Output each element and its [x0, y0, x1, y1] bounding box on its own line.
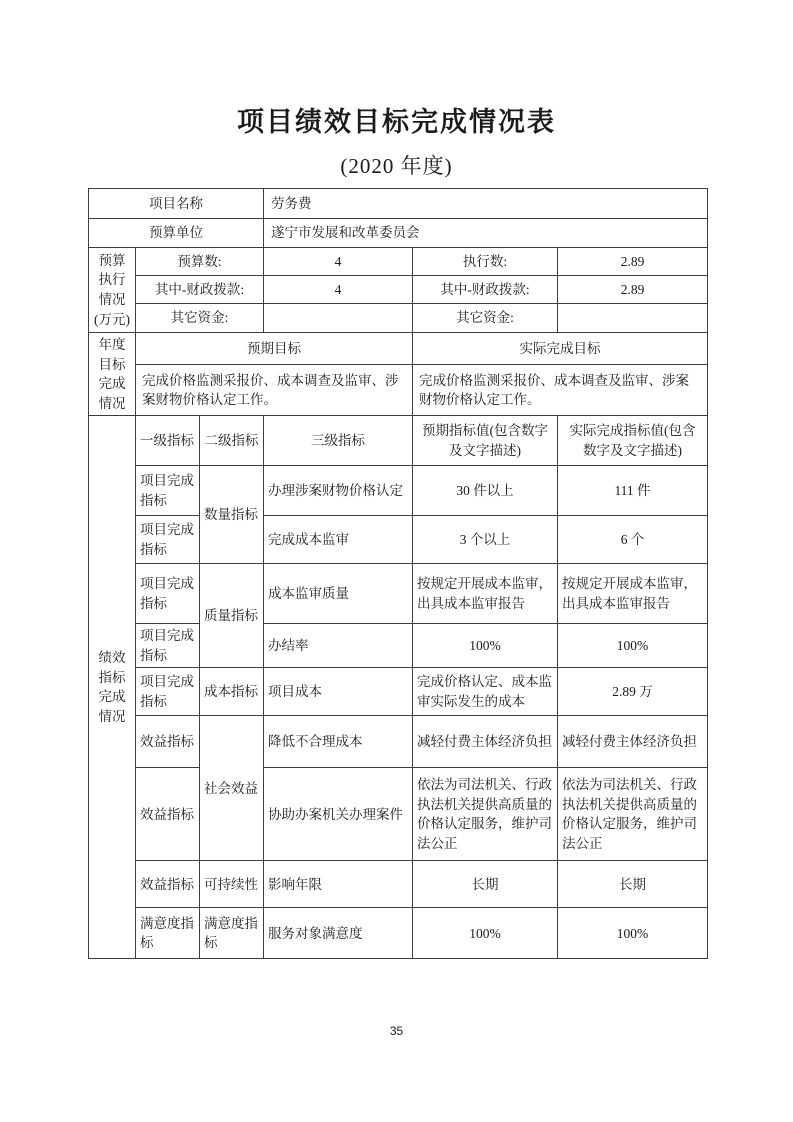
table-row: 效益指标 协助办案机关办理案件 依法为司法机关、行政执法机关提供高质量的价格认定…	[89, 768, 708, 861]
actual-goal-text: 完成价格监测采报价、成本调查及监审、涉案财物价格认定工作。	[413, 365, 708, 416]
perf-level1-cell: 项目完成指标	[136, 516, 200, 564]
budget-number-value: 4	[264, 248, 413, 276]
other-funds-value-left	[264, 304, 413, 333]
perf-actual-cell: 2.89 万	[558, 668, 708, 716]
perf-level1-cell: 项目完成指标	[136, 668, 200, 716]
budget-unit-label: 预算单位	[89, 219, 264, 248]
perf-level3-cell: 服务对象满意度	[264, 908, 413, 959]
page-subtitle: (2020 年度)	[0, 150, 793, 180]
expected-goal-text: 完成价格监测采报价、成本调查及监审、涉案财物价格认定工作。	[136, 365, 413, 416]
perf-level1-cell: 项目完成指标	[136, 624, 200, 668]
performance-table: 项目名称 劳务费 预算单位 遂宁市发展和改革委员会 预算执行情况(万元) 预算数…	[88, 188, 708, 959]
perf-level1-cell: 效益指标	[136, 768, 200, 861]
perf-expected-cell: 减轻付费主体经济负担	[413, 716, 558, 768]
perf-level3-cell: 办结率	[264, 624, 413, 668]
perf-level1-cell: 效益指标	[136, 716, 200, 768]
perf-level3-cell: 协助办案机关办理案件	[264, 768, 413, 861]
budget-unit-value: 遂宁市发展和改革委员会	[264, 219, 708, 248]
table-row: 项目完成指标 质量指标 成本监审质量 按规定开展成本监审，出具成本监审报告 按规…	[89, 564, 708, 624]
table-row: 效益指标 可持续性 影响年限 长期 长期	[89, 861, 708, 908]
header-level1: 一级指标	[136, 416, 200, 466]
other-funds-value-right	[558, 304, 708, 333]
perf-level3-cell: 降低不合理成本	[264, 716, 413, 768]
perf-level3-cell: 完成成本监审	[264, 516, 413, 564]
perf-level3-cell: 成本监审质量	[264, 564, 413, 624]
page-title: 项目绩效目标完成情况表	[0, 100, 793, 139]
perf-actual-cell: 减轻付费主体经济负担	[558, 716, 708, 768]
perf-actual-cell: 111 件	[558, 466, 708, 516]
header-level2: 二级指标	[200, 416, 264, 466]
perf-level3-cell: 办理涉案财物价格认定	[264, 466, 413, 516]
exec-number-value: 2.89	[558, 248, 708, 276]
perf-level1-cell: 项目完成指标	[136, 564, 200, 624]
fiscal-alloc-value-left: 4	[264, 276, 413, 304]
perf-level1-cell: 项目完成指标	[136, 466, 200, 516]
annual-goal-section-label: 年度目标完成情况	[89, 333, 136, 416]
fiscal-alloc-label-left: 其中-财政拨款:	[136, 276, 264, 304]
perf-level3-cell: 影响年限	[264, 861, 413, 908]
budget-exec-section-label: 预算执行情况(万元)	[89, 248, 136, 333]
project-name-label: 项目名称	[89, 189, 264, 219]
table-row: 效益指标 社会效益 降低不合理成本 减轻付费主体经济负担 减轻付费主体经济负担	[89, 716, 708, 768]
fiscal-alloc-label-right: 其中-财政拨款:	[413, 276, 558, 304]
perf-level3-cell: 项目成本	[264, 668, 413, 716]
budget-number-label: 预算数:	[136, 248, 264, 276]
perf-expected-cell: 3 个以上	[413, 516, 558, 564]
perf-expected-cell: 按规定开展成本监审，出具成本监审报告	[413, 564, 558, 624]
expected-goal-header: 预期目标	[136, 333, 413, 365]
perf-level1-cell: 效益指标	[136, 861, 200, 908]
perf-expected-cell: 依法为司法机关、行政执法机关提供高质量的价格认定服务，维护司法公正	[413, 768, 558, 861]
perf-expected-cell: 长期	[413, 861, 558, 908]
perf-actual-cell: 按规定开展成本监审，出具成本监审报告	[558, 564, 708, 624]
performance-section-label: 绩效指标完成情况	[89, 416, 136, 959]
other-funds-label-right: 其它资金:	[413, 304, 558, 333]
perf-level1-cell: 满意度指标	[136, 908, 200, 959]
perf-actual-cell: 100%	[558, 624, 708, 668]
header-expected: 预期指标值(包含数字及文字描述)	[413, 416, 558, 466]
perf-actual-cell: 100%	[558, 908, 708, 959]
perf-actual-cell: 长期	[558, 861, 708, 908]
table-row: 项目完成指标 数量指标 办理涉案财物价格认定 30 件以上 111 件	[89, 466, 708, 516]
perf-level2-cell: 数量指标	[200, 466, 264, 564]
header-level3: 三级指标	[264, 416, 413, 466]
fiscal-alloc-value-right: 2.89	[558, 276, 708, 304]
page-number: 35	[0, 1024, 793, 1038]
perf-expected-cell: 100%	[413, 908, 558, 959]
perf-level2-cell: 社会效益	[200, 716, 264, 861]
perf-actual-cell: 6 个	[558, 516, 708, 564]
project-name-value: 劳务费	[264, 189, 708, 219]
perf-expected-cell: 完成价格认定、成本监审实际发生的成本	[413, 668, 558, 716]
table-row: 满意度指标 满意度指标 服务对象满意度 100% 100%	[89, 908, 708, 959]
table-row: 项目完成指标 完成成本监审 3 个以上 6 个	[89, 516, 708, 564]
actual-goal-header: 实际完成目标	[413, 333, 708, 365]
exec-number-label: 执行数:	[413, 248, 558, 276]
perf-level2-cell: 满意度指标	[200, 908, 264, 959]
table-row: 项目完成指标 办结率 100% 100%	[89, 624, 708, 668]
table-row: 项目完成指标 成本指标 项目成本 完成价格认定、成本监审实际发生的成本 2.89…	[89, 668, 708, 716]
perf-expected-cell: 100%	[413, 624, 558, 668]
header-actual: 实际完成指标值(包含数字及文字描述)	[558, 416, 708, 466]
perf-level2-cell: 成本指标	[200, 668, 264, 716]
perf-level2-cell: 质量指标	[200, 564, 264, 668]
perf-expected-cell: 30 件以上	[413, 466, 558, 516]
perf-actual-cell: 依法为司法机关、行政执法机关提供高质量的价格认定服务，维护司法公正	[558, 768, 708, 861]
perf-level2-cell: 可持续性	[200, 861, 264, 908]
other-funds-label-left: 其它资金:	[136, 304, 264, 333]
document-page: 项目绩效目标完成情况表 (2020 年度) 项目名称 劳务费 预算单位 遂宁市发…	[0, 0, 793, 1122]
